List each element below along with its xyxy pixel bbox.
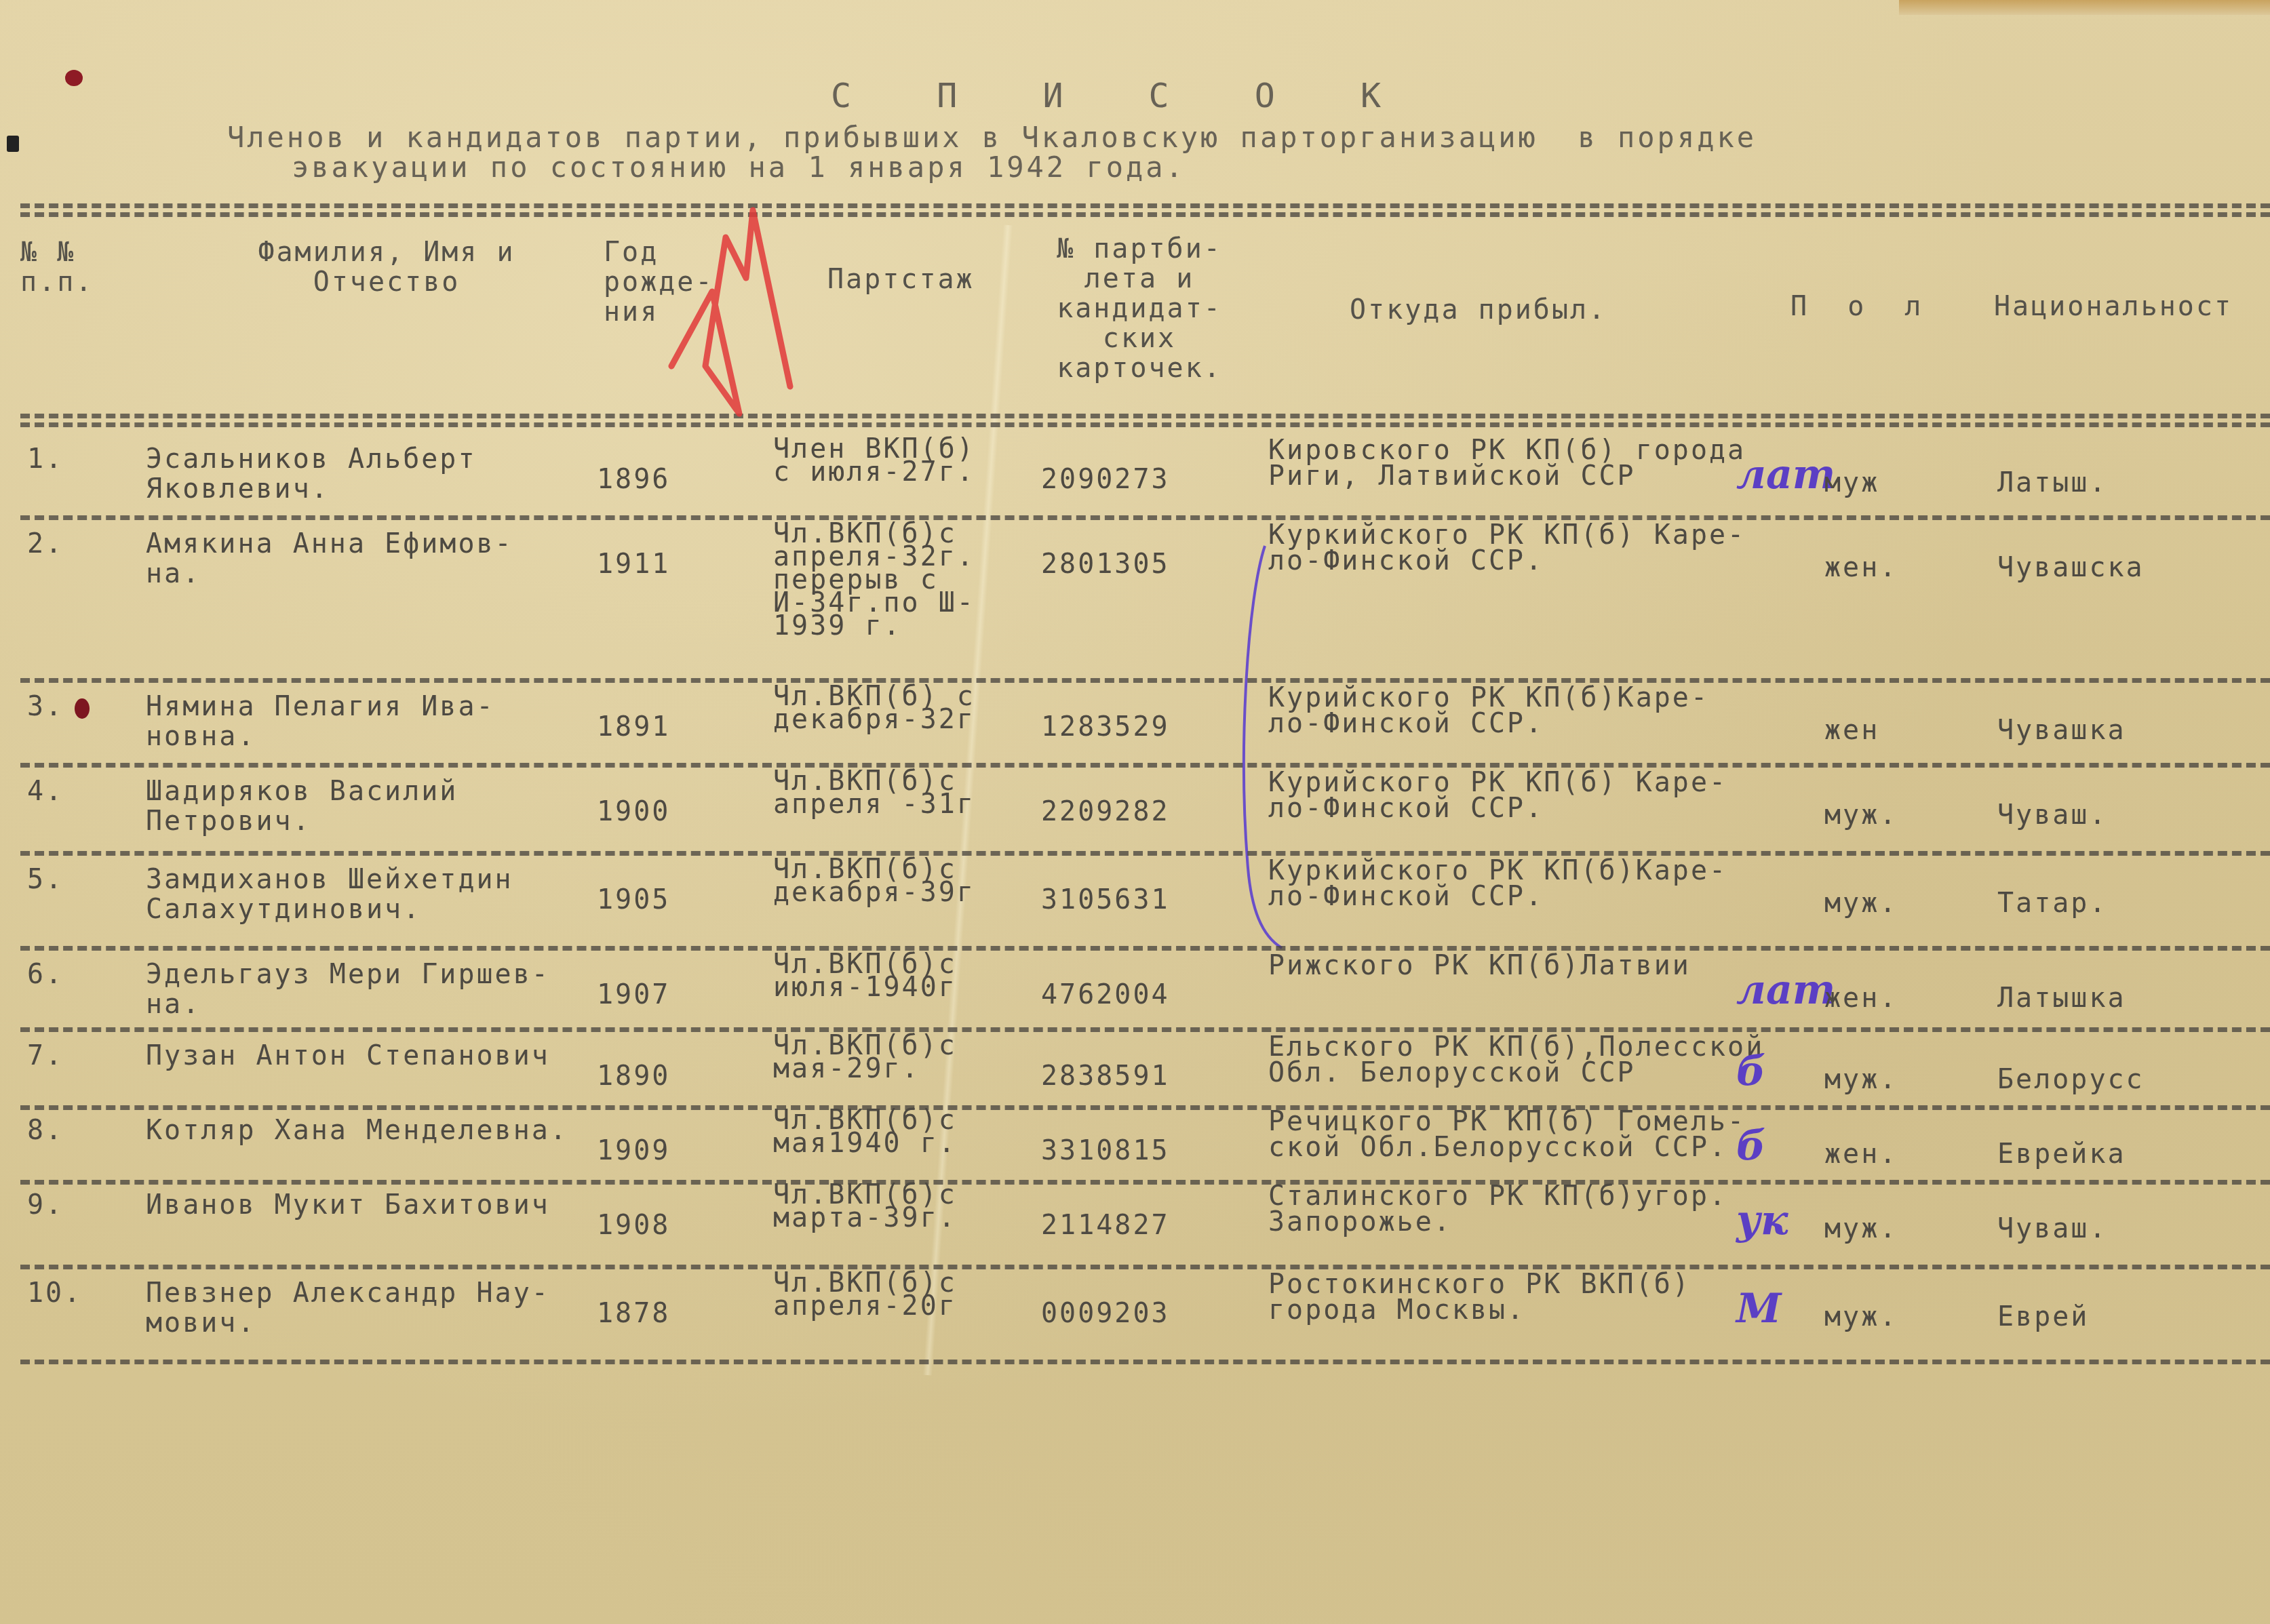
row-card-number: 2209282 <box>1041 797 1170 827</box>
row-name: Певзнер Александр Нау- мович. <box>146 1278 550 1338</box>
row-sex: жен. <box>1824 553 1898 582</box>
row-birth-year: 1911 <box>597 549 670 579</box>
row-handwritten-note: б <box>1736 1122 1765 1170</box>
row-divider <box>20 678 2270 683</box>
row-card-number: 3105631 <box>1041 885 1170 915</box>
row-origin: Кировского РК КП(б) города Риги, Латвийс… <box>1268 437 1746 489</box>
row-party-tenure: Чл.ВКП(б)с мая1940 г. <box>773 1109 957 1155</box>
row-nationality: Белорусс <box>1997 1065 2145 1094</box>
row-handwritten-note: лат <box>1736 451 1835 498</box>
row-handwritten-note: ук <box>1736 1197 1788 1244</box>
row-origin: Ельского РК КП(б),Полесской Обл. Белорус… <box>1268 1034 1764 1086</box>
row-origin: Ростокинского РК ВКП(б) города Москвы. <box>1268 1271 1691 1323</box>
paper-edge <box>1899 0 2270 15</box>
row-name: Эдельгауз Мери Гиршев- на. <box>146 959 550 1019</box>
row-nationality: Чуваш. <box>1997 1214 2108 1244</box>
row-num: 4. <box>27 776 64 806</box>
row-num: 3. <box>27 692 64 721</box>
row-name: Эсальников Альберт Яковлевич. <box>146 444 476 504</box>
row-sex: жен <box>1824 715 1879 745</box>
document-page: С П И С О К Членов и кандидатов партии, … <box>0 0 2270 1624</box>
row-origin: Речицкого РК КП(б) Гомель- ской Обл.Бело… <box>1268 1109 1746 1160</box>
row-nationality: Еврей <box>1997 1302 2089 1332</box>
row-card-number: 3310815 <box>1041 1136 1170 1166</box>
header-bottom-rule <box>20 414 2270 418</box>
row-card-number: 2838591 <box>1041 1061 1170 1091</box>
row-divider <box>20 1265 2270 1269</box>
row-divider <box>20 1180 2270 1185</box>
row-card-number: 2801305 <box>1041 549 1170 579</box>
col-header-card-number: № партби- лета и кандидат- ских карточек… <box>1048 234 1231 383</box>
row-birth-year: 1905 <box>597 885 670 915</box>
row-nationality: Чувашка <box>1997 715 2126 745</box>
row-party-tenure: Чл.ВКП(б)с апреля-20г <box>773 1271 957 1318</box>
row-sex: муж. <box>1824 1302 1898 1332</box>
row-origin: Курийского РК КП(б)Каре- ло-Финской ССР. <box>1268 685 1709 736</box>
row-handwritten-note: лат <box>1736 966 1835 1014</box>
row-name: Амякина Анна Ефимов- на. <box>146 529 513 589</box>
row-name: Замдиханов Шейхетдин Салахутдинович. <box>146 865 513 924</box>
row-birth-year: 1900 <box>597 797 670 827</box>
row-nationality: Чуваш. <box>1997 800 2108 830</box>
row-divider <box>20 1105 2270 1110</box>
document-subtitle-line2: эвакуации по состоянию на 1 января 1942 … <box>292 151 1186 184</box>
row-num: 10. <box>27 1278 82 1308</box>
row-name: Нямина Пелагия Ива- новна. <box>146 692 495 751</box>
row-party-tenure: Чл.ВКП(б)с мая-29г. <box>773 1034 957 1080</box>
red-stain <box>75 698 90 719</box>
row-num: 1. <box>27 444 64 474</box>
row-birth-year: 1896 <box>597 464 670 494</box>
row-card-number: 4762004 <box>1041 980 1170 1010</box>
row-birth-year: 1878 <box>597 1299 670 1328</box>
row-party-tenure: Чл.ВКП(б)с декабря-39г <box>773 858 975 904</box>
row-birth-year: 1909 <box>597 1136 670 1166</box>
row-birth-year: 1891 <box>597 712 670 742</box>
row-origin: Сталинского РК КП(б)угор. Запорожье. <box>1268 1183 1727 1235</box>
red-pencil-m-mark-icon <box>665 203 868 434</box>
row-party-tenure: Член ВКП(б) с июля-27г. <box>773 437 975 483</box>
col-header-origin: Откуда прибыл. <box>1350 295 1607 325</box>
row-divider <box>20 1027 2270 1032</box>
row-nationality: Татар. <box>1997 888 2108 918</box>
header-top-rule <box>20 203 2270 208</box>
row-nationality: Латыш. <box>1997 468 2108 498</box>
row-party-tenure: Чл.ВКП(б)с марта-39г. <box>773 1183 957 1229</box>
row-divider <box>20 946 2270 951</box>
row-divider <box>20 1360 2270 1364</box>
row-sex: муж. <box>1824 1214 1898 1244</box>
row-card-number: 2090273 <box>1041 464 1170 494</box>
row-birth-year: 1890 <box>597 1061 670 1091</box>
row-card-number: 1283529 <box>1041 712 1170 742</box>
row-handwritten-note: М <box>1736 1285 1781 1332</box>
row-sex: муж. <box>1824 888 1898 918</box>
col-header-name: Фамилия, Имя и Отчество <box>227 237 546 297</box>
document-title: С П И С О К <box>831 76 1413 115</box>
row-name: Шадиряков Василий Петрович. <box>146 776 458 836</box>
row-divider <box>20 515 2270 520</box>
row-sex: муж. <box>1824 1065 1898 1094</box>
row-origin: Курийского РК КП(б) Каре- ло-Финской ССР… <box>1268 770 1727 821</box>
row-num: 8. <box>27 1115 64 1145</box>
row-num: 5. <box>27 865 64 894</box>
row-num: 6. <box>27 959 64 989</box>
row-num: 7. <box>27 1041 64 1071</box>
row-name: Пузан Антон Степанович <box>146 1041 550 1071</box>
row-sex: жен. <box>1824 983 1898 1013</box>
row-sex: муж. <box>1824 800 1898 830</box>
row-nationality: Чувашска <box>1997 553 2145 582</box>
row-nationality: Латышка <box>1997 983 2126 1013</box>
row-birth-year: 1908 <box>597 1210 670 1240</box>
row-name: Котляр Хана Менделевна. <box>146 1115 568 1145</box>
row-party-tenure: Чл.ВКП(б) с декабря-32г <box>773 685 975 731</box>
row-origin: Рижского РК КП(б)Латвии <box>1268 953 1691 978</box>
row-origin: Куркийского РК КП(б)Каре- ло-Финской ССР… <box>1268 858 1727 909</box>
row-card-number: 0009203 <box>1041 1299 1170 1328</box>
row-name: Иванов Мукит Бахитович <box>146 1190 550 1220</box>
row-sex: жен. <box>1824 1139 1898 1169</box>
row-divider <box>20 763 2270 768</box>
red-stain <box>65 70 83 86</box>
row-nationality: Еврейка <box>1997 1139 2126 1169</box>
col-header-num: № № п.п. <box>20 237 122 297</box>
col-header-sex: П о л <box>1790 292 1933 321</box>
row-party-tenure: Чл.ВКП(б)с апреля-32г. перерыв с И-34г.п… <box>773 522 975 637</box>
row-num: 2. <box>27 529 64 559</box>
row-sex: муж <box>1824 468 1879 498</box>
row-handwritten-note: б <box>1736 1048 1765 1095</box>
row-party-tenure: Чл.ВКП(б)с июля-1940г <box>773 953 957 999</box>
row-divider <box>20 851 2270 856</box>
row-party-tenure: Чл.ВКП(б)с апреля -31г <box>773 770 975 816</box>
col-header-nationality: Национальност <box>1994 292 2233 321</box>
punch-hole <box>7 136 19 152</box>
row-birth-year: 1907 <box>597 980 670 1010</box>
document-subtitle-line1: Членов и кандидатов партии, прибывших в … <box>227 121 1757 154</box>
row-origin: Куркийского РК КП(б) Каре- ло-Финской СС… <box>1268 522 1746 574</box>
row-card-number: 2114827 <box>1041 1210 1170 1240</box>
row-num: 9. <box>27 1190 64 1220</box>
